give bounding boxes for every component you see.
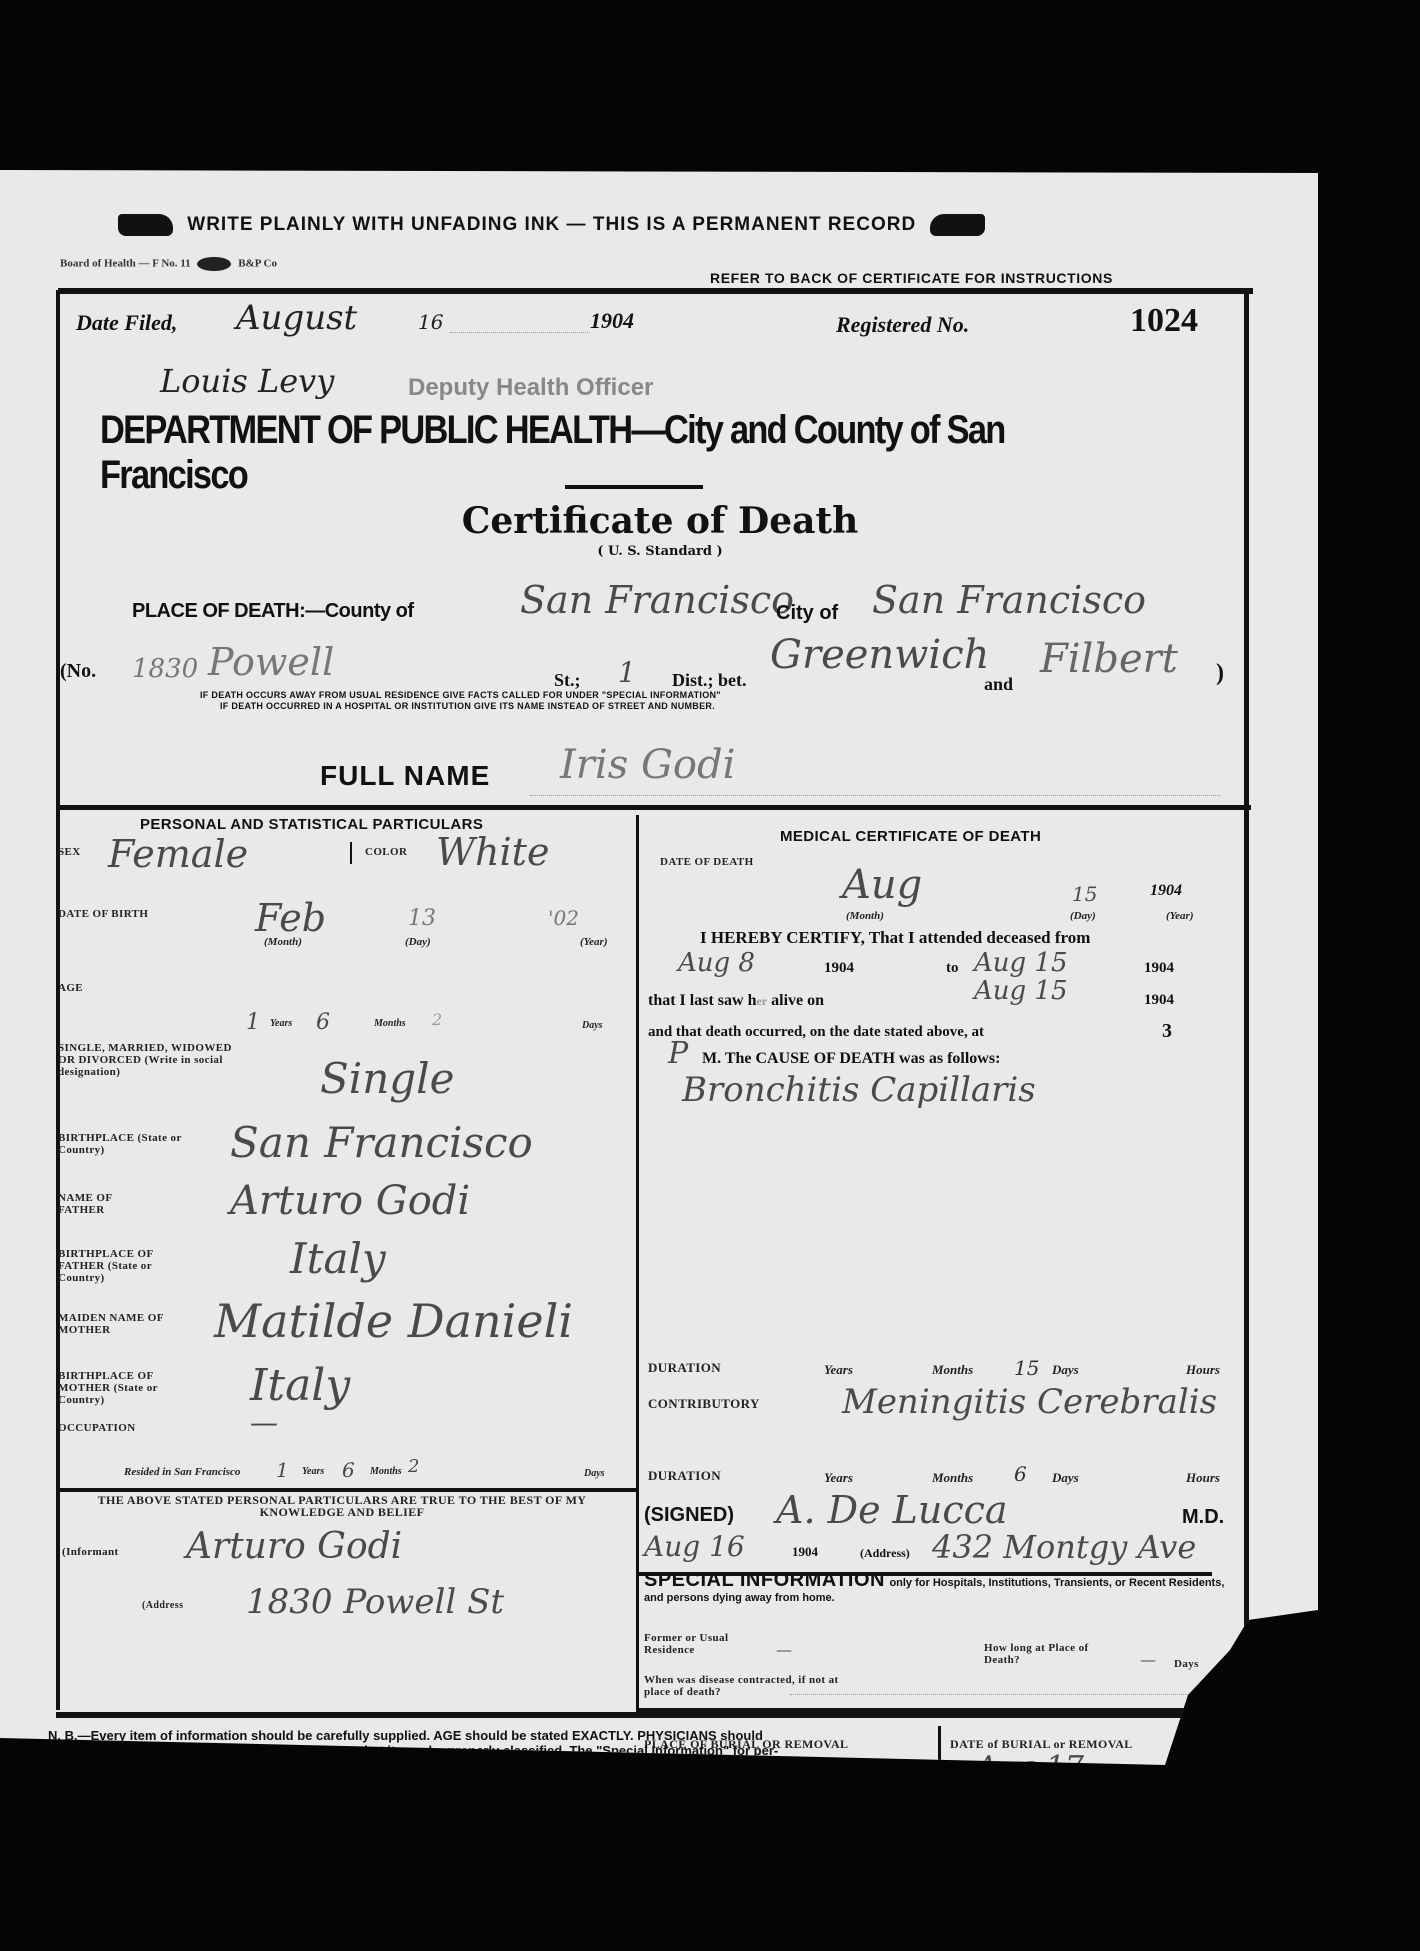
resided-days: 2	[408, 1456, 419, 1477]
street-number: 1830	[132, 654, 198, 684]
section-rule	[56, 805, 1251, 810]
marital-label: SINGLE, MARRIED, WIDOWED OR DIVORCED (Wr…	[58, 1042, 238, 1078]
undertaker-address: 629 Broadway St	[826, 1834, 1087, 1869]
full-name-value: Iris Godi	[560, 742, 735, 788]
last-saw-year: 1904	[1144, 992, 1174, 1009]
father-label: NAME OF FATHER	[58, 1192, 148, 1216]
attended-to: Aug 15	[974, 948, 1068, 978]
form-id: Board of Health — F No. 11 B&P Co	[60, 257, 277, 271]
occupation-label: OCCUPATION	[58, 1422, 136, 1434]
dod-month: Aug	[842, 862, 922, 908]
registered-number: 1024	[1130, 302, 1198, 340]
father-birthplace-label: BIRTHPLACE OF FATHER (State or Country)	[58, 1248, 188, 1284]
full-name-label: FULL NAME	[320, 760, 490, 792]
pointing-hand-icon	[118, 214, 173, 236]
father-value: Arturo Godi	[230, 1178, 470, 1224]
special-info: SPECIAL INFORMATION only for Hospitals, …	[644, 1574, 1234, 1605]
occupation-value: —	[250, 1406, 278, 1439]
mother-birthplace-label: BIRTHPLACE OF MOTHER (State or Country)	[58, 1370, 188, 1406]
duration-label: DURATION	[648, 1362, 721, 1374]
contributory-label: CONTRIBUTORY	[648, 1398, 760, 1410]
signed-date: Aug 16	[644, 1530, 745, 1563]
contributory-cause: Meningitis Cerebralis	[842, 1382, 1217, 1422]
resided-months: 6	[342, 1458, 355, 1482]
last-saw-date: Aug 15	[974, 976, 1068, 1006]
burial-year: 1904	[1156, 1764, 1186, 1781]
banner: WRITE PLAINLY WITH UNFADING INK — THIS I…	[118, 214, 1208, 236]
medical-heading: MEDICAL CERTIFICATE OF DEATH	[780, 828, 1041, 845]
undertaker-label: UNDERTAKER	[644, 1816, 732, 1828]
nb-footer: N. B.—Every item of information should b…	[48, 1728, 1168, 1773]
md-label: M.D.	[1182, 1506, 1224, 1529]
date-filed-month: August	[236, 298, 357, 338]
death-ampm: P	[668, 1036, 688, 1071]
birthplace-label: BIRTHPLACE (State or Country)	[58, 1132, 198, 1156]
mother-value: Matilde Danieli	[214, 1294, 573, 1348]
resided-label: Resided in San Francisco	[124, 1466, 240, 1478]
city-label: City of	[776, 602, 838, 625]
date-filed-label: Date Filed,	[76, 310, 177, 336]
personal-heading: PERSONAL AND STATISTICAL PARTICULARS	[140, 816, 483, 833]
top-rule	[58, 288, 1253, 294]
dob-day: 13	[408, 906, 436, 931]
how-long-label: How long at Place of Death?	[984, 1642, 1094, 1666]
certificate-paper: WRITE PLAINLY WITH UNFADING INK — THIS I…	[0, 170, 1318, 1795]
attended-from: Aug 8	[678, 948, 755, 978]
between-street-1: Greenwich	[770, 632, 989, 678]
attended-to-year: 1904	[1144, 960, 1174, 977]
cause-text: M. The CAUSE OF DEATH was as follows:	[702, 1050, 1000, 1068]
undertaker-address-label: (Address	[750, 1852, 795, 1864]
right-rule	[1244, 292, 1249, 1717]
signed-label: (SIGNED)	[644, 1504, 734, 1527]
age-years: 1	[246, 1010, 260, 1035]
place-note: IF DEATH OCCURS AWAY FROM USUAL RESIDENC…	[200, 690, 1100, 712]
former-residence-label: Former or Usual Residence	[644, 1632, 754, 1656]
city-value: San Francisco	[872, 578, 1146, 622]
age-days: 2	[432, 1010, 442, 1029]
dob-year: '02	[548, 906, 579, 930]
duration2-days: 6	[1014, 1462, 1027, 1486]
st-label: St.;	[554, 670, 581, 691]
street-name: Powell	[208, 640, 334, 684]
sex-value: Female	[108, 832, 248, 876]
certify-text: I HEREBY CERTIFY, That I attended deceas…	[700, 928, 1090, 948]
informant-address: 1830 Powell St	[246, 1582, 504, 1622]
instructions-ref: REFER TO BACK OF CERTIFICATE FOR INSTRUC…	[710, 270, 1113, 286]
age-label: AGE	[58, 982, 83, 994]
physician-signature: A. De Lucca	[776, 1488, 1008, 1532]
duration1-days: 15	[1014, 1356, 1039, 1380]
informant-statement: THE ABOVE STATED PERSONAL PARTICULARS AR…	[62, 1494, 622, 1518]
officer-title: Deputy Health Officer	[408, 374, 653, 402]
column-divider	[636, 815, 639, 1717]
cause-of-death: Bronchitis Capillaris	[682, 1070, 1036, 1110]
informant-address-label: (Address	[142, 1600, 183, 1612]
place-of-death-label: PLACE OF DEATH:—County of	[132, 600, 414, 623]
dob-label: DATE OF BIRTH	[58, 908, 148, 920]
ward-value: 1	[618, 656, 636, 689]
officer-signature: Louis Levy	[160, 362, 334, 400]
registered-label: Registered No.	[836, 312, 969, 338]
mother-label: MAIDEN NAME OF MOTHER	[58, 1312, 188, 1336]
color-value: White	[436, 830, 549, 874]
pointing-hand-icon	[930, 214, 985, 236]
certificate-title: Certificate of Death	[450, 500, 870, 542]
burial-place: Italian	[670, 1750, 794, 1794]
date-filed-year: 1904	[590, 308, 634, 334]
mother-birthplace-value: Italy	[250, 1360, 350, 1411]
bottom-rule	[56, 1712, 1212, 1718]
occurred-text: and that death occurred, on the date sta…	[648, 1024, 984, 1041]
death-hour: 3	[1162, 1020, 1172, 1043]
last-saw-pronoun: er	[756, 994, 767, 1008]
dod-day: 15	[1072, 882, 1097, 906]
color-label: COLOR	[365, 846, 407, 858]
date-filed-day: 16	[418, 310, 443, 334]
dist-label: Dist.; bet.	[672, 670, 747, 691]
undertaker-name: Jacchero Duclos & Co	[770, 1794, 1169, 1835]
left-rule	[56, 290, 60, 1710]
attended-from-year: 1904	[824, 960, 854, 977]
sex-label: SEX	[58, 846, 81, 858]
standard-subtitle: ( U. S. Standard )	[550, 544, 770, 559]
dob-month: Feb	[255, 896, 326, 940]
age-months: 6	[316, 1010, 330, 1035]
father-birthplace-value: Italy	[290, 1234, 386, 1283]
birthplace-value: San Francisco	[230, 1118, 533, 1167]
informant-label: (Informant	[62, 1546, 119, 1558]
union-label-icon	[197, 257, 231, 271]
county-value: San Francisco	[520, 578, 794, 622]
dod-label: DATE OF DEATH	[660, 856, 754, 868]
physician-address: 432 Montgy Ave	[932, 1528, 1196, 1566]
informant-name: Arturo Godi	[186, 1526, 402, 1567]
between-street-2: Filbert	[1040, 636, 1178, 682]
signed-year: 1904	[792, 1544, 818, 1560]
resided-years: 1	[276, 1458, 289, 1482]
physician-address-label: (Address)	[860, 1546, 910, 1561]
dod-year: 1904	[1150, 882, 1182, 900]
street-no-label: (No.	[60, 660, 96, 683]
marital-value: Single	[320, 1054, 454, 1103]
